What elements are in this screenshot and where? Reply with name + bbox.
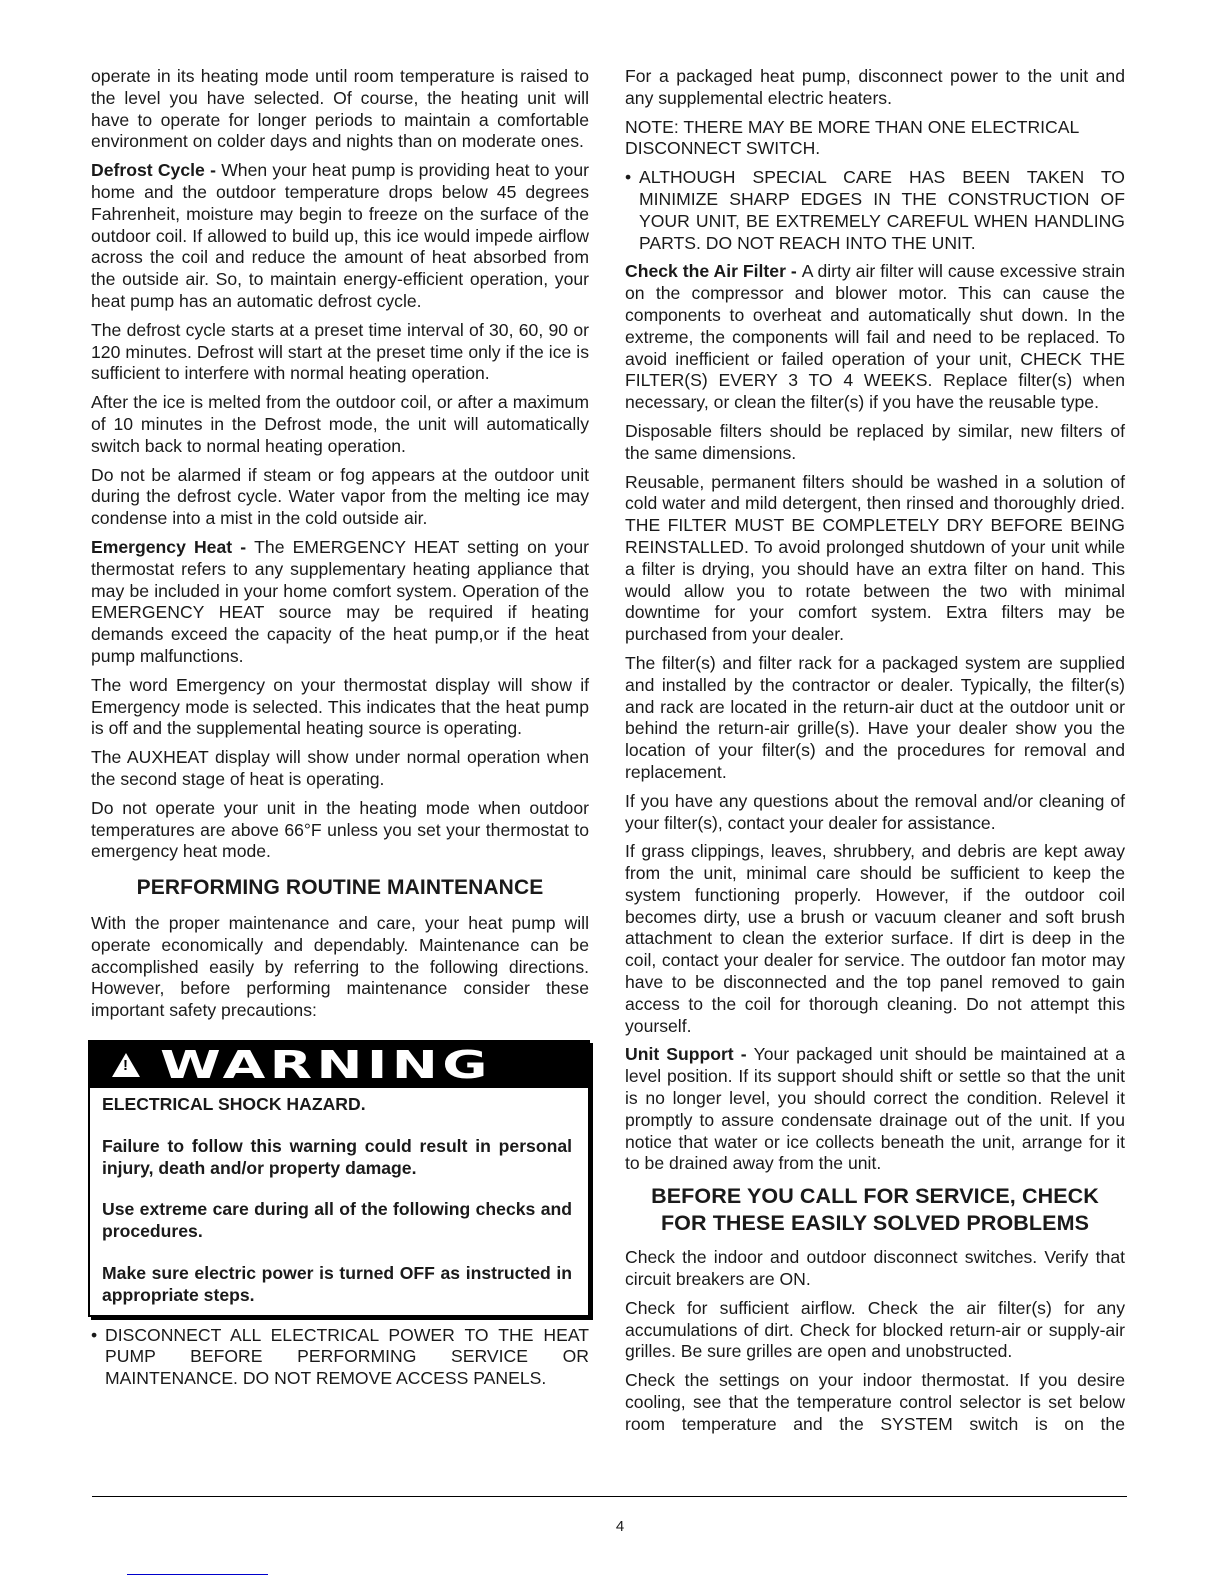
filter-rack-paragraph: The filter(s) and filter rack for a pack… (625, 653, 1125, 784)
warning-body: ELECTRICAL SHOCK HAZARD. Failure to foll… (90, 1088, 588, 1315)
left-column: operate in its heating mode until room t… (91, 66, 589, 1397)
defrost-end-paragraph: After the ice is melted from the outdoor… (91, 392, 589, 457)
defrost-interval-paragraph: The defrost cycle starts at a preset tim… (91, 320, 589, 385)
warning-consequence-line: Failure to follow this warning could res… (102, 1136, 572, 1180)
defrost-cycle-lead: Defrost Cycle - (91, 160, 221, 180)
disconnect-power-text: DISCONNECT ALL ELECTRICAL POWER TO THE H… (105, 1325, 589, 1390)
debris-paragraph: If grass clippings, leaves, shrubbery, a… (625, 841, 1125, 1037)
disconnect-power-bullet: • DISCONNECT ALL ELECTRICAL POWER TO THE… (91, 1325, 589, 1397)
reusable-filters-paragraph: Reusable, permanent filters should be wa… (625, 472, 1125, 646)
warning-box: ! WARNING ELECTRICAL SHOCK HAZARD. Failu… (88, 1040, 590, 1317)
maintenance-intro-paragraph: With the proper maintenance and care, yo… (91, 913, 589, 1022)
check-switches-paragraph: Check the indoor and outdoor disconnect … (625, 1247, 1125, 1291)
footer-divider (92, 1496, 1127, 1497)
defrost-cycle-text: When your heat pump is providing heat to… (91, 160, 589, 311)
auxheat-paragraph: The AUXHEAT display will show under norm… (91, 747, 589, 791)
service-check-heading-line1: BEFORE YOU CALL FOR SERVICE, CHECK (651, 1184, 1099, 1208)
right-column: For a packaged heat pump, disconnect pow… (625, 66, 1125, 1443)
unit-support-lead: Unit Support - (625, 1044, 754, 1064)
footer-link-underline (127, 1574, 268, 1575)
packaged-power-paragraph: For a packaged heat pump, disconnect pow… (625, 66, 1125, 110)
warning-header: ! WARNING (90, 1042, 588, 1088)
disconnect-note-paragraph: NOTE: THERE MAY BE MORE THAN ONE ELECTRI… (625, 117, 1125, 161)
air-filter-paragraph: Check the Air Filter - A dirty air filte… (625, 261, 1125, 414)
bullet-icon: • (91, 1325, 105, 1397)
warning-triangle-icon: ! (112, 1053, 140, 1077)
maintenance-heading: PERFORMING ROUTINE MAINTENANCE (91, 875, 589, 901)
unit-support-paragraph: Unit Support - Your packaged unit should… (625, 1044, 1125, 1175)
outdoor-temp-paragraph: Do not operate your unit in the heating … (91, 798, 589, 863)
service-check-heading: BEFORE YOU CALL FOR SERVICE, CHECK FOR T… (625, 1183, 1125, 1237)
page-number: 4 (610, 1518, 630, 1535)
air-filter-lead: Check the Air Filter - (625, 261, 802, 281)
check-airflow-paragraph: Check for sufficient airflow. Check the … (625, 1298, 1125, 1363)
warning-power-off-line: Make sure electric power is turned OFF a… (102, 1263, 572, 1307)
warning-hazard-line: ELECTRICAL SHOCK HAZARD. (102, 1094, 572, 1116)
filter-questions-paragraph: If you have any questions about the remo… (625, 791, 1125, 835)
warning-title: WARNING (160, 1045, 492, 1085)
warning-care-line: Use extreme care during all of the follo… (102, 1199, 572, 1243)
service-check-heading-line2: FOR THESE EASILY SOLVED PROBLEMS (661, 1211, 1089, 1235)
bullet-icon: • (625, 167, 639, 261)
emergency-heat-paragraph: Emergency Heat - The EMERGENCY HEAT sett… (91, 537, 589, 668)
disposable-filters-paragraph: Disposable filters should be replaced by… (625, 421, 1125, 465)
heating-mode-paragraph: operate in its heating mode until room t… (91, 66, 589, 153)
sharp-edges-text: ALTHOUGH SPECIAL CARE HAS BEEN TAKEN TO … (639, 167, 1125, 254)
steam-note-paragraph: Do not be alarmed if steam or fog appear… (91, 465, 589, 530)
defrost-cycle-paragraph: Defrost Cycle - When your heat pump is p… (91, 160, 589, 313)
air-filter-text: A dirty air filter will cause excessive … (625, 261, 1125, 412)
sharp-edges-bullet: • ALTHOUGH SPECIAL CARE HAS BEEN TAKEN T… (625, 167, 1125, 261)
emergency-display-paragraph: The word Emergency on your thermostat di… (91, 675, 589, 740)
check-thermostat-paragraph: Check the settings on your indoor thermo… (625, 1370, 1125, 1435)
emergency-heat-lead: Emergency Heat - (91, 537, 254, 557)
